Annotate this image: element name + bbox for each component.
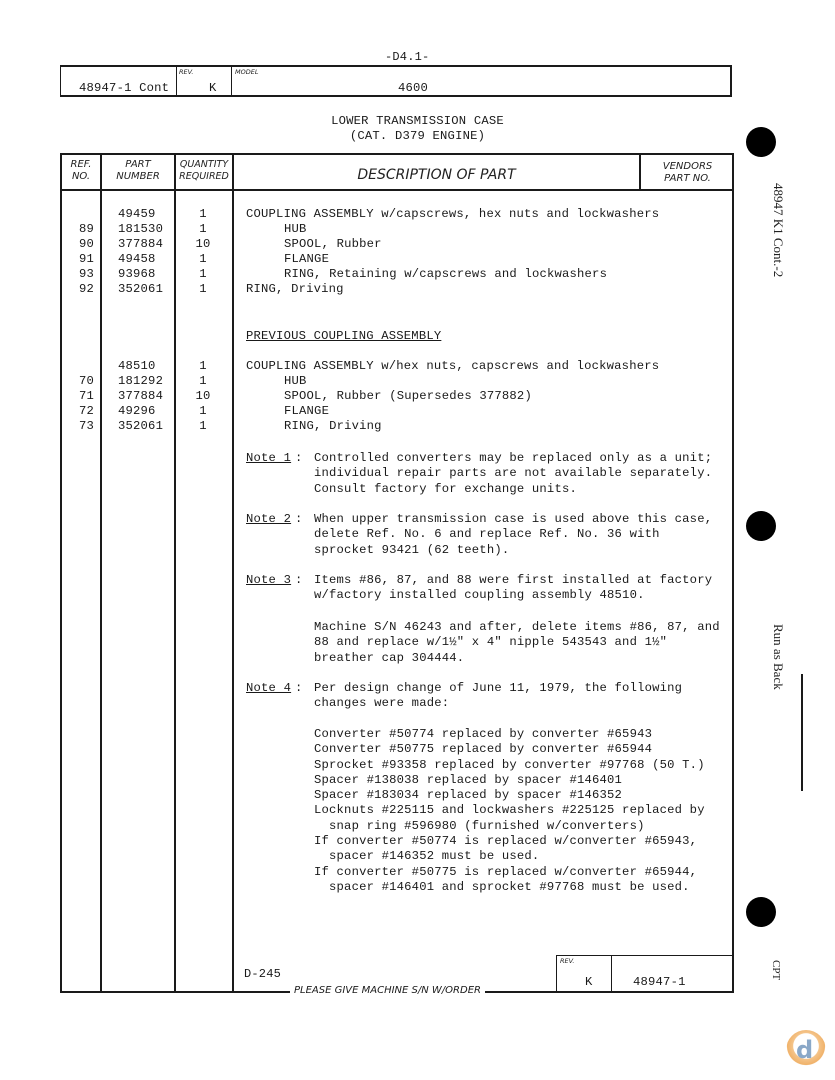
col-header-ref: REF. NO. bbox=[62, 159, 100, 183]
side-note-run-as-back: Run as Back bbox=[770, 624, 786, 690]
quantity: 1 bbox=[183, 282, 223, 296]
description: COUPLING ASSEMBLY w/capscrews, hex nuts … bbox=[246, 207, 659, 221]
note-body: Per design change of June 11, 1979, the … bbox=[314, 681, 682, 712]
footer-code: D-245 bbox=[244, 967, 281, 981]
header-divider bbox=[62, 189, 732, 191]
part-number: 49296 bbox=[118, 404, 156, 418]
part-number: 49459 bbox=[118, 207, 156, 221]
quantity: 1 bbox=[183, 419, 223, 433]
quantity: 1 bbox=[183, 374, 223, 388]
ref-no: 90 bbox=[62, 237, 94, 251]
description: RING, Driving bbox=[284, 419, 382, 433]
part-number: 352061 bbox=[118, 282, 163, 296]
col-header-qty-line1: QUANTITY bbox=[175, 159, 233, 171]
note-body-continued: Machine S/N 46243 and after, delete item… bbox=[314, 620, 720, 666]
quantity: 1 bbox=[183, 252, 223, 266]
note-changes-list: Converter #50774 replaced by converter #… bbox=[314, 727, 705, 895]
note-body: When upper transmission case is used abo… bbox=[314, 512, 712, 558]
col-header-vendor: VENDORS PART NO. bbox=[641, 161, 734, 185]
col-header-qty: QUANTITY REQUIRED bbox=[175, 159, 233, 183]
quantity: 1 bbox=[183, 404, 223, 418]
edge-line bbox=[801, 674, 803, 791]
ref-no: 89 bbox=[62, 222, 94, 236]
header-box: 48947-1 Cont REV. K MODEL 4600 bbox=[60, 65, 732, 97]
description: FLANGE bbox=[284, 252, 329, 266]
footer-divider bbox=[611, 956, 612, 993]
rev-label: REV. bbox=[179, 68, 193, 76]
note-label: Note 1 bbox=[246, 451, 291, 465]
quantity: 1 bbox=[183, 222, 223, 236]
footer-doc-number: 48947-1 bbox=[633, 975, 686, 989]
col-header-ref-line1: REF. bbox=[62, 159, 100, 171]
col-header-description: DESCRIPTION OF PART bbox=[234, 169, 639, 181]
col-header-ref-line2: NO. bbox=[62, 171, 100, 183]
parts-table: REF. NO. PART NUMBER QUANTITY REQUIRED D… bbox=[60, 153, 734, 993]
doc-subtitle: (CAT. D379 ENGINE) bbox=[0, 129, 835, 143]
note-label: Note 4 bbox=[246, 681, 291, 695]
quantity: 1 bbox=[183, 359, 223, 373]
description: COUPLING ASSEMBLY w/hex nuts, capscrews … bbox=[246, 359, 659, 373]
model-cell: MODEL 4600 bbox=[232, 67, 730, 95]
ref-no: 93 bbox=[62, 267, 94, 281]
model-value: 4600 bbox=[398, 81, 428, 95]
quantity: 1 bbox=[183, 207, 223, 221]
doc-title: LOWER TRANSMISSION CASE bbox=[0, 114, 835, 128]
rev-cell: REV. K bbox=[176, 67, 232, 95]
side-note-doc-ref: 48947 K1 Cont.-2 bbox=[770, 183, 786, 277]
quantity: 10 bbox=[183, 389, 223, 403]
binder-hole-icon bbox=[746, 897, 776, 927]
ref-no: 73 bbox=[62, 419, 94, 433]
description: SPOOL, Rubber bbox=[284, 237, 382, 251]
ref-no: 91 bbox=[62, 252, 94, 266]
part-number: 181292 bbox=[118, 374, 163, 388]
ref-no: 70 bbox=[62, 374, 94, 388]
ref-no: 72 bbox=[62, 404, 94, 418]
doc-number-cell: 48947-1 Cont bbox=[61, 67, 177, 95]
quantity: 1 bbox=[183, 267, 223, 281]
page-code: -D4.1- bbox=[385, 50, 429, 64]
col-header-qty-line2: REQUIRED bbox=[175, 171, 233, 183]
col-header-part-line2: NUMBER bbox=[102, 171, 174, 183]
binder-hole-icon bbox=[746, 127, 776, 157]
order-instruction: PLEASE GIVE MACHINE S/N W/ORDER bbox=[290, 985, 485, 996]
footer-box: REV. K 48947-1 bbox=[556, 955, 734, 993]
description: HUB bbox=[284, 374, 307, 388]
col-header-part: PART NUMBER bbox=[102, 159, 174, 183]
part-number: 377884 bbox=[118, 389, 163, 403]
quantity: 10 bbox=[183, 237, 223, 251]
model-label: MODEL bbox=[235, 68, 258, 76]
ref-no: 92 bbox=[62, 282, 94, 296]
col-header-vendor-line1: VENDORS bbox=[641, 161, 734, 173]
rev-value: K bbox=[209, 81, 217, 95]
col-divider bbox=[232, 155, 234, 991]
note-label: Note 3 bbox=[246, 573, 291, 587]
footer-rev-label: REV. bbox=[560, 957, 574, 965]
binder-hole-icon bbox=[746, 511, 776, 541]
footer-rev-value: K bbox=[585, 975, 593, 989]
note-body: Controlled converters may be replaced on… bbox=[314, 451, 712, 497]
description: RING, Retaining w/capscrews and lockwash… bbox=[284, 267, 607, 281]
description: SPOOL, Rubber (Supersedes 377882) bbox=[284, 389, 532, 403]
description: RING, Driving bbox=[246, 282, 344, 296]
note-body: Items #86, 87, and 88 were first install… bbox=[314, 573, 712, 604]
part-number: 352061 bbox=[118, 419, 163, 433]
description: HUB bbox=[284, 222, 307, 236]
side-note-cpt: CPT bbox=[770, 960, 782, 980]
part-number: 49458 bbox=[118, 252, 156, 266]
watermark-logo-icon: d bbox=[786, 1030, 826, 1070]
col-header-part-line1: PART bbox=[102, 159, 174, 171]
part-number: 181530 bbox=[118, 222, 163, 236]
note-label: Note 2 bbox=[246, 512, 291, 526]
col-divider bbox=[174, 155, 176, 991]
col-header-vendor-line2: PART NO. bbox=[641, 173, 734, 185]
part-number: 377884 bbox=[118, 237, 163, 251]
part-number: 48510 bbox=[118, 359, 156, 373]
ref-no: 71 bbox=[62, 389, 94, 403]
description: FLANGE bbox=[284, 404, 329, 418]
part-number: 93968 bbox=[118, 267, 156, 281]
section-heading: PREVIOUS COUPLING ASSEMBLY bbox=[246, 329, 441, 343]
doc-number: 48947-1 Cont bbox=[79, 81, 169, 95]
col-divider bbox=[100, 155, 102, 991]
